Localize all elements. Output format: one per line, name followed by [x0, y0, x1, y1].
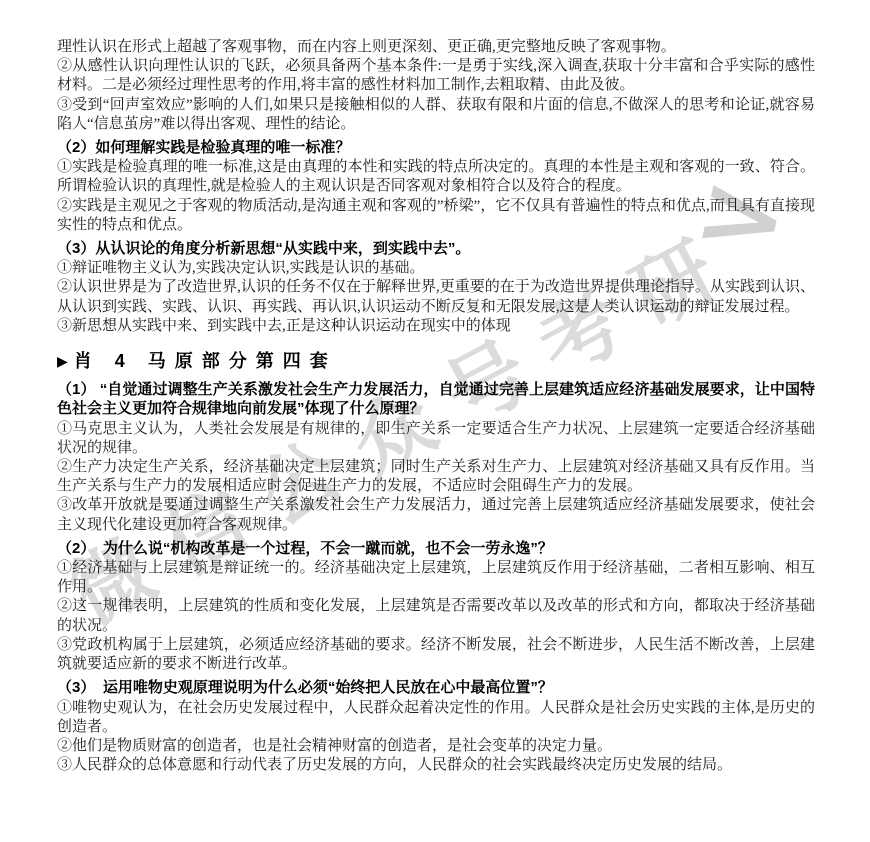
- body-paragraph: ②实践是主观见之于客观的物质活动,是沟通主观和客观的”桥梁”，它不仅具有普遍性的…: [57, 197, 815, 235]
- document-page: 微信公众号考研 > 理性认识在形式上超越了客观事物，而在内容上则更深刻、更正确,…: [0, 0, 870, 842]
- body-paragraph: ③改革开放就是要通过调整生产关系激发社会生产力发展活力，通过完善上层建筑适应经济…: [57, 496, 815, 534]
- question-heading: （1） “自觉通过调整生产关系激发社会生产力发展活力，自觉通过完善上层建筑适应经…: [57, 380, 815, 418]
- body-paragraph: ②他们是物质财富的创造者，也是社会精神财富的创造者，是社会变革的决定力量。: [57, 737, 815, 756]
- body-paragraph: ③党政机构属于上层建筑，必须适应经济基础的要求。经济不断发展，社会不断进步，人民…: [57, 636, 815, 674]
- question-heading: （2） 为什么说“机构改革是一个过程，不会一蹴而就，也不会一劳永逸”？: [57, 539, 815, 558]
- section-header: ▶ 肖 4 马原部分第四套: [57, 352, 815, 371]
- body-paragraph: ②从感性认识向理性认识的飞跃，必须具备两个基本条件:一是勇于实线,深入调查,获取…: [57, 57, 815, 95]
- body-paragraph: ②生产力决定生产关系，经济基础决定上层建筑；同时生产关系对生产力、上层建筑对经济…: [57, 458, 815, 496]
- question-heading: （3） 运用唯物史观原理说明为什么必须“始终把人民放在心中最高位置”？: [57, 678, 815, 697]
- body-paragraph: ①辩证唯物主义认为,实践决定认识,实践是认识的基础。: [57, 259, 815, 278]
- body-paragraph: ③人民群众的总体意愿和行动代表了历史发展的方向，人民群众的社会实践最终决定历史发…: [57, 756, 815, 775]
- body-paragraph: ①实践是检验真理的唯一标准,这是由真理的本性和实践的特点所决定的。真理的本性是主…: [57, 158, 815, 196]
- body-paragraph: ③新思想从实践中来、到实践中去,正是这种认识运动在现实中的体现: [57, 317, 815, 336]
- body-paragraph: ②认识世界是为了改造世界,认识的任务不仅在于解释世界,更重要的在于为改造世界提供…: [57, 278, 815, 316]
- body-paragraph: ①马克思主义认为，人类社会发展是有规律的，即生产关系一定要适合生产力状况、上层建…: [57, 420, 815, 458]
- section-title: 肖 4 马原部分第四套: [74, 352, 337, 371]
- body-paragraph: 理性认识在形式上超越了客观事物，而在内容上则更深刻、更正确,更完整地反映了客观事…: [57, 38, 815, 57]
- play-triangle-icon: ▶: [57, 352, 68, 371]
- question-heading: （3）从认识论的角度分析新思想“从实践中来，到实践中去”。: [57, 239, 815, 258]
- body-paragraph: ③受到“回声室效应”影响的人们,如果只是接触相似的人群、获取有限和片面的信息,不…: [57, 96, 815, 134]
- body-paragraph: ①经济基础与上层建筑是辩证统一的。经济基础决定上层建筑，上层建筑反作用于经济基础…: [57, 559, 815, 597]
- content-area: 理性认识在形式上超越了客观事物，而在内容上则更深刻、更正确,更完整地反映了客观事…: [0, 0, 870, 775]
- question-heading: （2）如何理解实践是检验真理的唯一标准？: [57, 138, 815, 157]
- body-paragraph: ①唯物史观认为，在社会历史发展过程中，人民群众起着决定性的作用。人民群众是社会历…: [57, 699, 815, 737]
- body-paragraph: ②这一规律表明，上层建筑的性质和变化发展，上层建筑是否需要改革以及改革的形式和方…: [57, 597, 815, 635]
